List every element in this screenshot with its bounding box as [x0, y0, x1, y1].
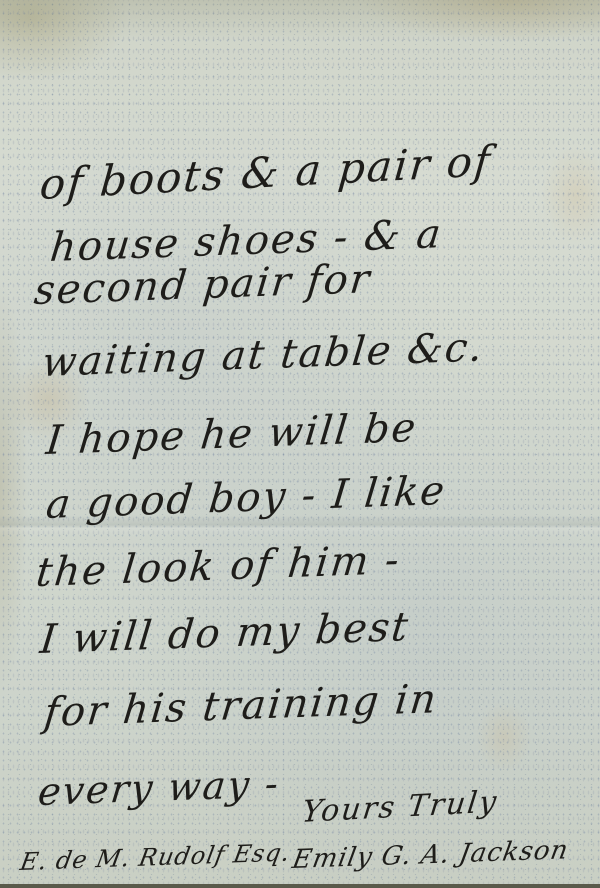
letter-line-6: a good boy - I like [44, 468, 449, 528]
letter-line-5: I hope he will be [44, 405, 420, 464]
paper-edge-shadow [0, 0, 600, 40]
letter-page: of boots & a pair of house shoes - & a s… [0, 0, 600, 888]
letter-line-4: waiting at table &c. [40, 324, 486, 386]
letter-line-10: every way - [36, 761, 282, 814]
letter-line-9: for his training in [42, 676, 440, 736]
letter-addressee: E. de M. Rudolf Esq. [18, 838, 293, 876]
letter-signature: Emily G. A. Jackson [290, 835, 571, 875]
letter-line-1: of boots & a pair of [38, 136, 494, 209]
letter-line-8: I will do my best [38, 604, 412, 663]
page-bottom-edge [0, 884, 600, 888]
letter-line-7: the look of him - [34, 537, 403, 596]
letter-closing: Yours Truly [300, 784, 500, 830]
